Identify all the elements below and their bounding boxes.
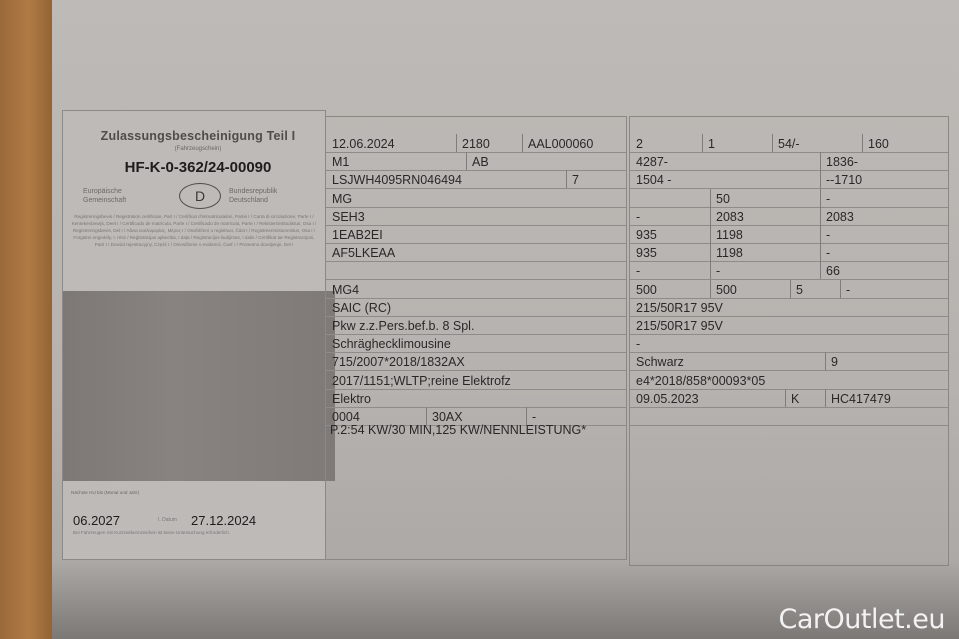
country-label: Bundesrepublik Deutschland — [229, 187, 299, 205]
field-row: -20832083 — [630, 207, 948, 226]
field-row: MG4 — [326, 280, 626, 299]
field-value: AF5LKEAA — [328, 243, 395, 261]
cell-divider — [785, 389, 786, 407]
multilingual-fine-print: Registreringsbevis / Registration certif… — [71, 213, 317, 248]
field-value: 1198 — [712, 225, 743, 243]
field-value: Elektro — [328, 389, 371, 407]
field-value: 500 — [712, 280, 737, 298]
field-value — [328, 261, 332, 279]
field-value: --1710 — [822, 170, 862, 188]
vehicle-data-column-middle: 12.06.20242180AAL000060M1ABLSJWH4095RN04… — [325, 116, 627, 560]
field-value: MG — [328, 189, 352, 207]
cell-divider — [820, 207, 821, 225]
field-row: 5005005- — [630, 280, 948, 299]
watermark-logo: CarOutlet.eu — [779, 604, 945, 635]
field-value: 2083 — [822, 207, 854, 225]
field-row: 09.05.2023KHC417479 — [630, 389, 948, 408]
cell-divider — [710, 207, 711, 225]
field-row: SEH3 — [326, 207, 626, 226]
cell-divider — [820, 261, 821, 279]
registration-certificate: Zulassungsbescheinigung Teil I (Fahrzeug… — [62, 108, 950, 563]
cell-divider — [820, 170, 821, 188]
field-value: 7 — [568, 170, 579, 188]
field-row: 1504 ---1710 — [630, 170, 948, 189]
field-value: 2 — [632, 134, 643, 152]
cell-divider — [825, 389, 826, 407]
field-row: 215/50R17 95V — [630, 316, 948, 335]
vehicle-data-column-right: 2154/-1604287-1836-1504 ---171050--20832… — [629, 116, 949, 566]
field-value: 1198 — [712, 243, 743, 261]
field-row: Schwarz9 — [630, 352, 948, 371]
cell-divider — [566, 170, 567, 188]
field-value: SAIC (RC) — [328, 298, 391, 316]
cell-divider — [820, 152, 821, 170]
field-value: Schräghecklimousine — [328, 334, 451, 352]
cell-divider — [466, 152, 467, 170]
certificate-header-panel: Zulassungsbescheinigung Teil I (Fahrzeug… — [62, 110, 326, 560]
cell-divider — [710, 280, 711, 298]
eu-label: Europäische Gemeinschaft — [83, 187, 153, 205]
field-value: 09.05.2023 — [632, 389, 699, 407]
document-title: Zulassungsbescheinigung Teil I — [73, 129, 323, 143]
field-value: 9 — [827, 352, 838, 370]
field-row: 50- — [630, 189, 948, 208]
field-value: - — [632, 334, 640, 352]
field-value — [632, 189, 636, 207]
field-value: 50 — [712, 189, 730, 207]
field-value: - — [712, 261, 720, 279]
field-value — [632, 407, 636, 425]
cell-divider — [702, 134, 703, 152]
field-value: - — [822, 243, 830, 261]
field-row: LSJWH4095RN0464947 — [326, 170, 626, 189]
field-value: 500 — [632, 280, 657, 298]
field-value: 215/50R17 95V — [632, 316, 723, 334]
field-row: Elektro — [326, 389, 626, 408]
field-row: 2017/1151;WLTP;reine Elektrofz — [326, 371, 626, 390]
field-value: Pkw z.z.Pers.bef.b. 8 Spl. — [328, 316, 474, 334]
field-row: Schräghecklimousine — [326, 334, 626, 353]
field-row: 1EAB2EI — [326, 225, 626, 244]
field-value: 1 — [704, 134, 715, 152]
field-row: 215/50R17 95V — [630, 298, 948, 317]
field-value: 12.06.2024 — [328, 134, 395, 152]
document-subtitle: (Fahrzeugschein) — [73, 146, 323, 152]
inspection-due-value: 06.2027 — [73, 513, 120, 528]
field-value: - — [842, 280, 850, 298]
field-row: M1AB — [326, 152, 626, 171]
cell-divider — [456, 134, 457, 152]
cell-divider — [790, 280, 791, 298]
field-value: MG4 — [328, 280, 359, 298]
cell-divider — [820, 225, 821, 243]
cell-divider — [820, 243, 821, 261]
field-row: 9351198- — [630, 225, 948, 244]
redacted-owner-area — [63, 291, 335, 481]
field-value: HC417479 — [827, 389, 891, 407]
field-value: AAL000060 — [524, 134, 593, 152]
field-value: - — [822, 225, 830, 243]
field-value: - — [822, 189, 830, 207]
field-row: 9351198- — [630, 243, 948, 262]
field-value: 2180 — [458, 134, 490, 152]
field-value: 215/50R17 95V — [632, 298, 723, 316]
cell-divider — [772, 134, 773, 152]
cell-divider — [825, 352, 826, 370]
cell-divider — [710, 225, 711, 243]
field-row: SAIC (RC) — [326, 298, 626, 317]
cell-divider — [862, 134, 863, 152]
field-value: 2017/1151;WLTP;reine Elektrofz — [328, 371, 511, 389]
field-value: 5 — [792, 280, 803, 298]
field-row: AF5LKEAA — [326, 243, 626, 262]
field-row: Pkw z.z.Pers.bef.b. 8 Spl. — [326, 316, 626, 335]
field-value: 1504 - — [632, 170, 671, 188]
field-row: e4*2018/858*00093*05 — [630, 371, 948, 390]
cell-divider — [710, 243, 711, 261]
field-value: 2083 — [712, 207, 744, 225]
field-value: 4287- — [632, 152, 668, 170]
field-row: MG — [326, 189, 626, 208]
field-value: 1836- — [822, 152, 858, 170]
field-value: SEH3 — [328, 207, 365, 225]
field-row: --66 — [630, 261, 948, 280]
field-value: LSJWH4095RN046494 — [328, 170, 462, 188]
inspection-due-label: Nächste HU bis (Monat und Jahr) — [71, 489, 139, 496]
cell-divider — [820, 189, 821, 207]
field-value: 1EAB2EI — [328, 225, 383, 243]
field-value: Schwarz — [632, 352, 684, 370]
field-value: 66 — [822, 261, 840, 279]
cell-divider — [840, 280, 841, 298]
issue-date: 27.12.2024 — [191, 513, 256, 528]
field-value: 54/- — [774, 134, 800, 152]
field-value: - — [632, 261, 640, 279]
desk-background — [0, 0, 58, 639]
field-value: - — [632, 207, 640, 225]
field-value: K — [787, 389, 799, 407]
field-row: - — [630, 334, 948, 353]
field-value: M1 — [328, 152, 349, 170]
cell-divider — [710, 261, 711, 279]
field-row — [630, 407, 948, 426]
field-row: 4287-1836- — [630, 152, 948, 171]
inspection-note: Bei Fahrzeugen mit Kurzzeitkennzeichen i… — [73, 529, 293, 536]
field-value: e4*2018/858*00093*05 — [632, 371, 765, 389]
field-row: 2154/-160 — [630, 134, 948, 153]
remarks-line: P.2:54 KW/30 MIN,125 KW/NENNLEISTUNG* — [330, 423, 586, 437]
field-value: 715/2007*2018/1832AX — [328, 352, 465, 370]
field-value: 160 — [864, 134, 889, 152]
field-value: AB — [468, 152, 489, 170]
issue-date-label: I. Datum — [158, 517, 177, 523]
field-row: 715/2007*2018/1832AX — [326, 352, 626, 371]
document-number: HF-K-0-362/24-00090 — [73, 159, 323, 176]
country-code-emblem: D — [179, 183, 221, 209]
field-value: 935 — [632, 243, 657, 261]
cell-divider — [522, 134, 523, 152]
field-row: 12.06.20242180AAL000060 — [326, 134, 626, 153]
field-value: 935 — [632, 225, 657, 243]
cell-divider — [710, 189, 711, 207]
field-row — [326, 261, 626, 280]
